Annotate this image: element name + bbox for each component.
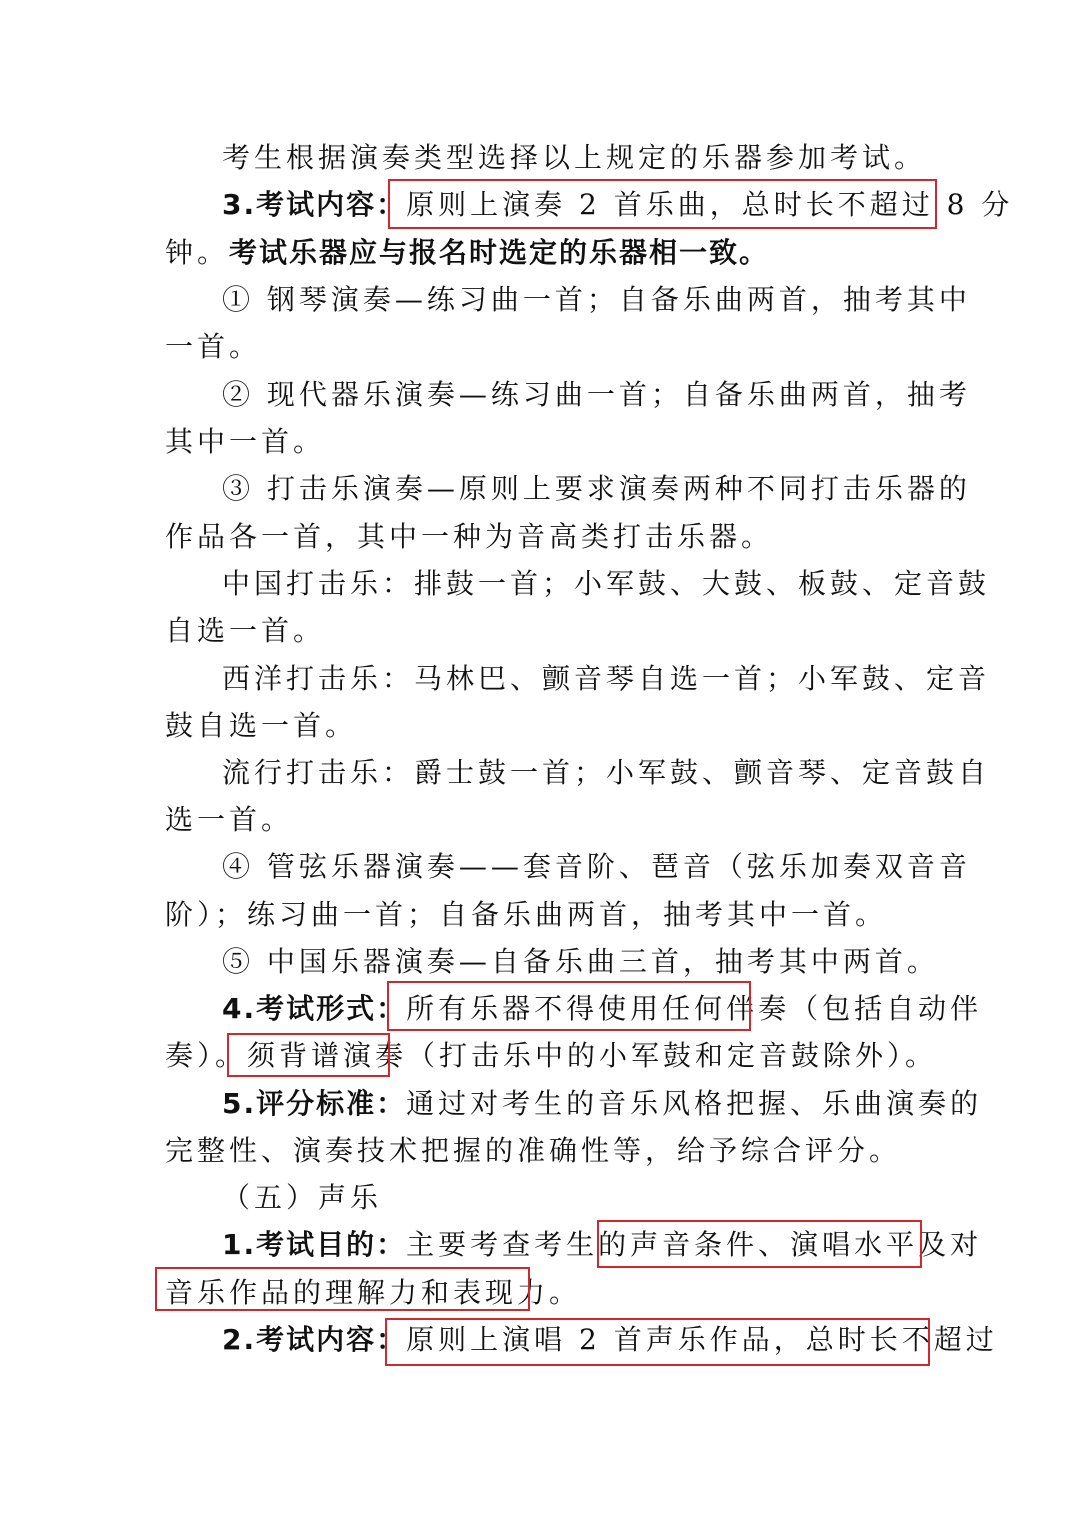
text-line: 作品各一首，其中一种为音高类打击乐器。: [165, 520, 773, 554]
body-text: 完整性、演奏技术把握的准确性等，给予综合评分。: [165, 1134, 901, 1167]
body-text: 所有乐器不得使用任何伴奏（包括自动伴: [406, 992, 982, 1025]
document-page: 考生根据演奏类型选择以上规定的乐器参加考试。3.考试内容：原则上演奏 2 首乐曲…: [0, 0, 1080, 1527]
body-text: 鼓自选一首。: [165, 709, 357, 742]
text-line: 一首。: [165, 330, 261, 364]
text-line: 选一首。: [165, 803, 293, 837]
body-text: 中国打击乐：排鼓一首；小军鼓、大鼓、板鼓、定音鼓: [222, 567, 990, 600]
text-line: 1.考试目的：主要考查考生的声音条件、演唱水平及对: [222, 1228, 982, 1262]
body-text: 阶）；练习曲一首；自备乐曲两首，抽考其中一首。: [165, 898, 887, 931]
text-line: 阶）；练习曲一首；自备乐曲两首，抽考其中一首。: [165, 898, 887, 932]
text-line: 音乐作品的理解力和表现力。: [165, 1276, 581, 1310]
body-text: 西洋打击乐：马林巴、颤音琴自选一首；小军鼓、定音: [222, 662, 990, 695]
bold-heading-text: 5.评分标准：: [222, 1087, 406, 1120]
body-text: 其中一首。: [165, 425, 325, 458]
body-text: 流行打击乐：爵士鼓一首；小军鼓、颤音琴、定音鼓自: [222, 756, 990, 789]
body-text: 主要考查考生的声音条件、演唱水平及对: [406, 1228, 982, 1261]
bold-heading-text: 1.考试目的：: [222, 1228, 406, 1261]
text-line: 中国打击乐：排鼓一首；小军鼓、大鼓、板鼓、定音鼓: [222, 567, 990, 601]
body-text: 钟。: [165, 236, 229, 269]
text-line: 2.考试内容：原则上演唱 2 首声乐作品，总时长不超过: [222, 1323, 998, 1357]
body-text: 原则上演奏 2 首乐曲，总时长不超过 8 分: [406, 188, 1013, 221]
body-text: 原则上演唱 2 首声乐作品，总时长不超过: [406, 1323, 998, 1356]
text-line: 3.考试内容：原则上演奏 2 首乐曲，总时长不超过 8 分: [222, 188, 1013, 222]
bold-heading-text: 3.考试内容：: [222, 188, 406, 221]
bold-heading-text: 2.考试内容：: [222, 1323, 406, 1356]
body-text: ⑤ 中国乐器演奏—自备乐曲三首，抽考其中两首。: [222, 945, 939, 978]
text-line: ⑤ 中国乐器演奏—自备乐曲三首，抽考其中两首。: [222, 945, 939, 979]
text-line: 钟。考试乐器应与报名时选定的乐器相一致。: [165, 236, 769, 270]
text-line: ② 现代器乐演奏—练习曲一首；自备乐曲两首，抽考: [222, 378, 971, 412]
body-text: ③ 打击乐演奏—原则上要求演奏两种不同打击乐器的: [222, 472, 971, 505]
body-text: 自选一首。: [165, 614, 325, 647]
text-line: ④ 管弦乐器演奏——套音阶、琶音（弦乐加奏双音音: [222, 850, 971, 884]
body-text: 通过对考生的音乐风格把握、乐曲演奏的: [406, 1087, 982, 1120]
text-line: （五）声乐: [222, 1181, 382, 1215]
text-line: 流行打击乐：爵士鼓一首；小军鼓、颤音琴、定音鼓自: [222, 756, 990, 790]
body-text: 奏）。须背谱演奏（打击乐中的小军鼓和定音鼓除外）。: [165, 1039, 937, 1072]
text-line: 4.考试形式：所有乐器不得使用任何伴奏（包括自动伴: [222, 992, 982, 1026]
text-line: 自选一首。: [165, 614, 325, 648]
body-text: ② 现代器乐演奏—练习曲一首；自备乐曲两首，抽考: [222, 378, 971, 411]
text-line: 其中一首。: [165, 425, 325, 459]
body-text: ① 钢琴演奏—练习曲一首；自备乐曲两首，抽考其中: [222, 283, 971, 316]
body-text: 考生根据演奏类型选择以上规定的乐器参加考试。: [222, 141, 926, 174]
body-text: （五）声乐: [222, 1181, 382, 1214]
text-line: 完整性、演奏技术把握的准确性等，给予综合评分。: [165, 1134, 901, 1168]
bold-heading-text: 考试乐器应与报名时选定的乐器相一致。: [229, 236, 769, 269]
text-line: 5.评分标准：通过对考生的音乐风格把握、乐曲演奏的: [222, 1087, 982, 1121]
body-text: 选一首。: [165, 803, 293, 836]
text-line: 西洋打击乐：马林巴、颤音琴自选一首；小军鼓、定音: [222, 662, 990, 696]
text-line: ① 钢琴演奏—练习曲一首；自备乐曲两首，抽考其中: [222, 283, 971, 317]
body-text: 音乐作品的理解力和表现力。: [165, 1276, 581, 1309]
text-line: 鼓自选一首。: [165, 709, 357, 743]
text-line: 考生根据演奏类型选择以上规定的乐器参加考试。: [222, 141, 926, 175]
body-text: ④ 管弦乐器演奏——套音阶、琶音（弦乐加奏双音音: [222, 850, 971, 883]
bold-heading-text: 4.考试形式：: [222, 992, 406, 1025]
body-text: 作品各一首，其中一种为音高类打击乐器。: [165, 520, 773, 553]
text-line: ③ 打击乐演奏—原则上要求演奏两种不同打击乐器的: [222, 472, 971, 506]
text-line: 奏）。须背谱演奏（打击乐中的小军鼓和定音鼓除外）。: [165, 1039, 937, 1073]
body-text: 一首。: [165, 330, 261, 363]
